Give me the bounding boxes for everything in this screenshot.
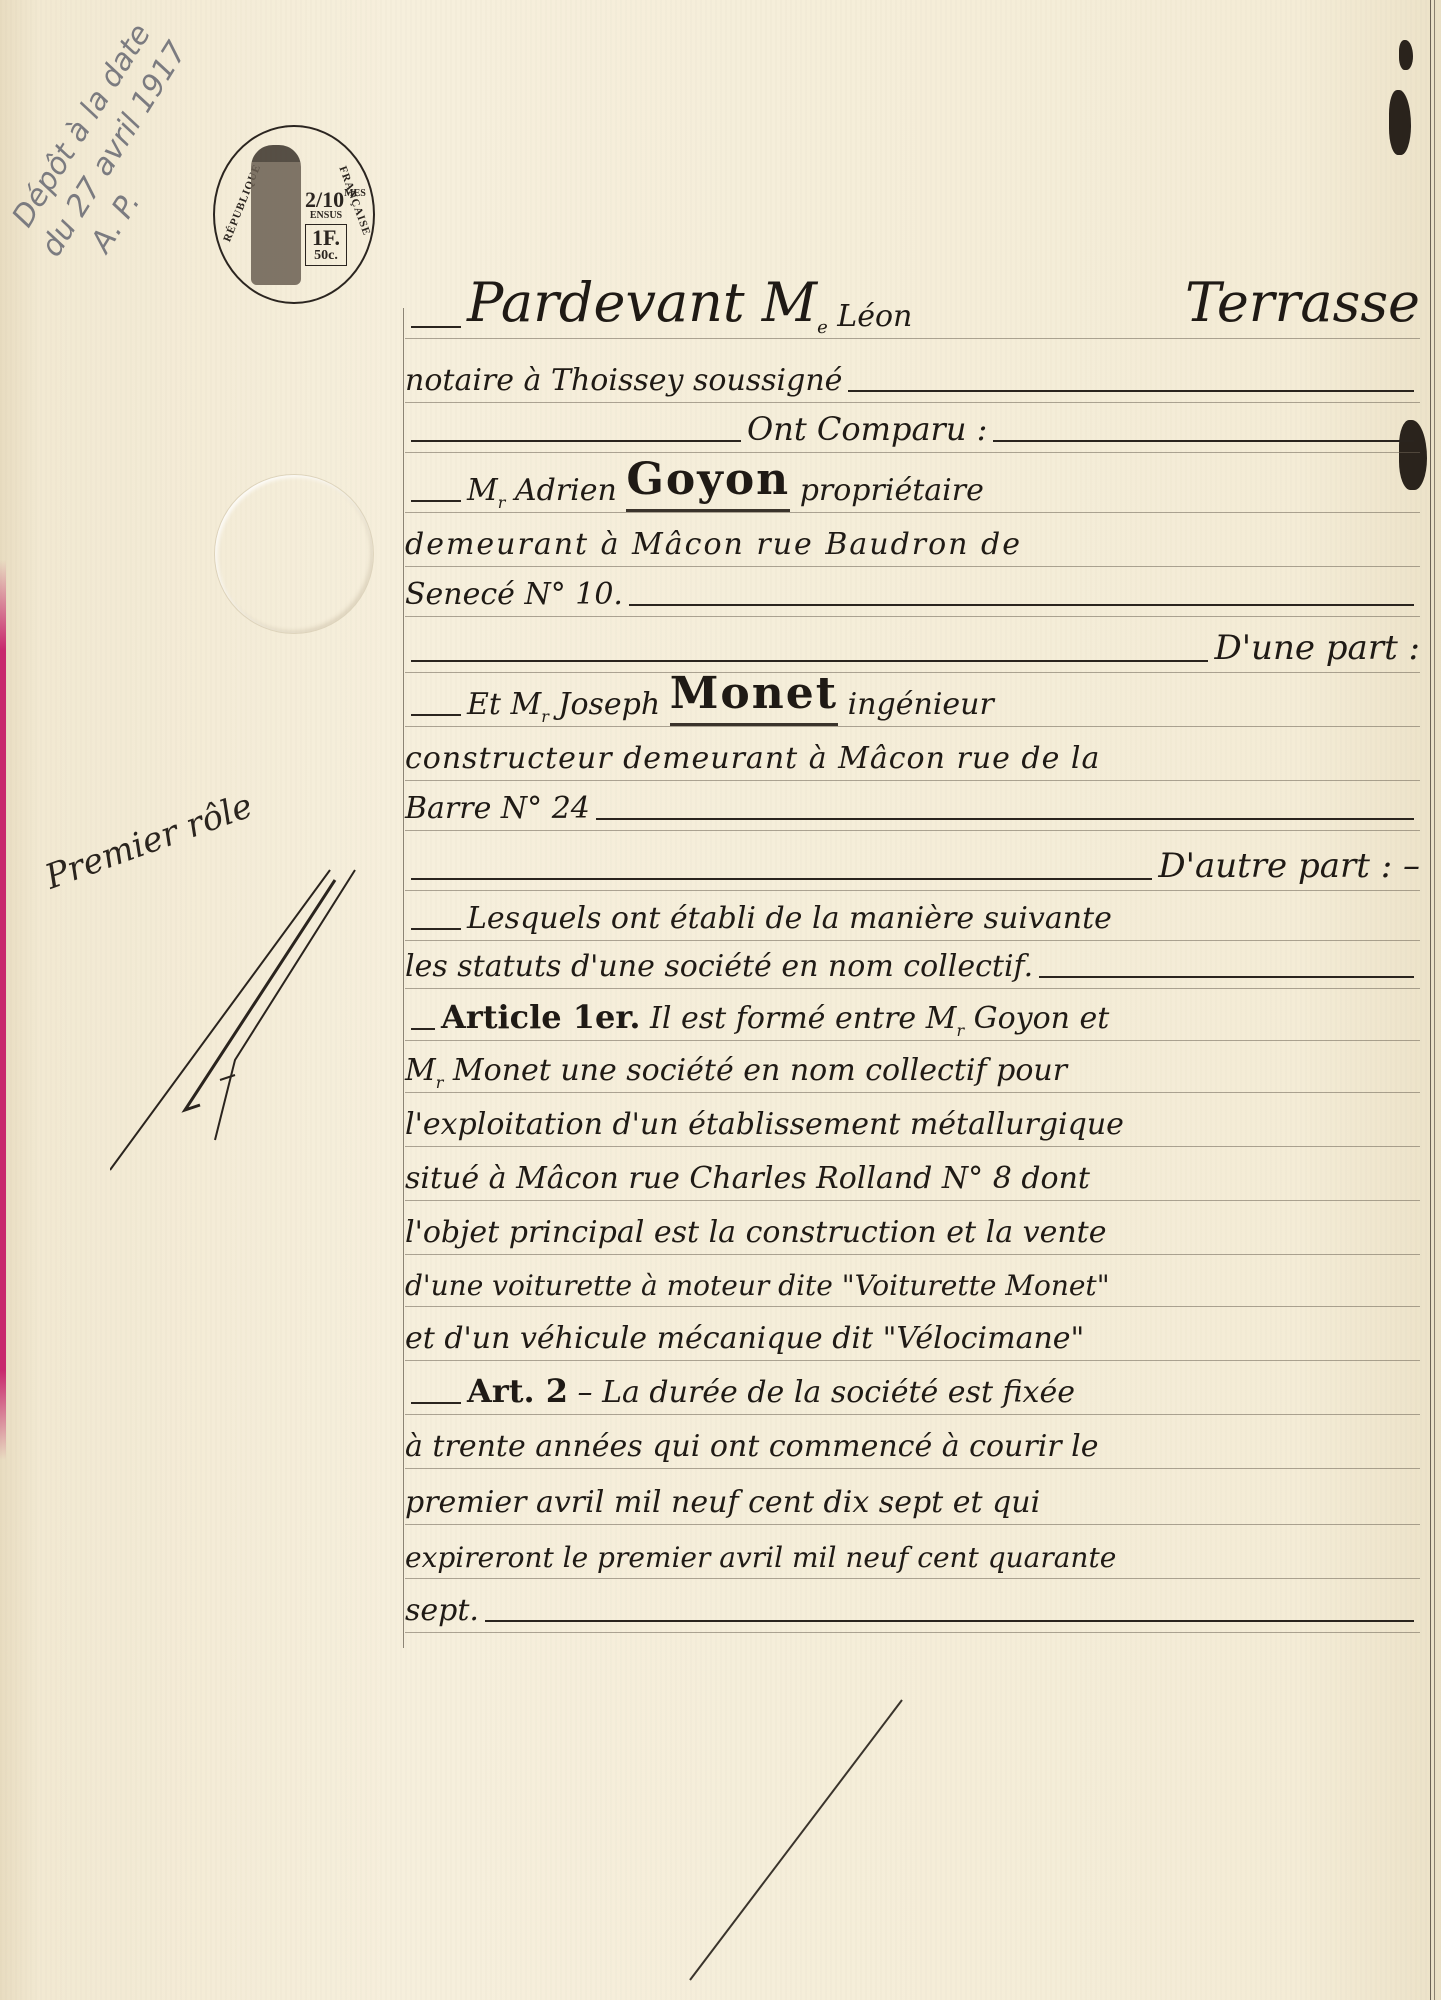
line-text: M [405, 1053, 436, 1092]
line-text: Adrien [505, 473, 626, 512]
deed-line-12: Lesquels ont établi de la manière suivan… [405, 890, 1420, 941]
line-text: Léon [828, 299, 922, 338]
fiscal-stamp: RÉPUBLIQUE FRANÇAISE 2/10MES ENSUS 1F. 5… [213, 125, 375, 304]
deed-line-10: Barre N° 24 [405, 780, 1420, 831]
filler-dash [848, 390, 1414, 392]
deed-line-9: constructeur demeurant à Mâcon rue de la [405, 730, 1420, 781]
deed-line-2: notaire à Thoissey soussigné [405, 352, 1420, 403]
filler-dash [411, 878, 1152, 880]
deed-line-22: à trente années qui ont commencé à couri… [405, 1418, 1420, 1469]
filler-dash [411, 714, 461, 716]
stamp-value-sup: MES [344, 188, 366, 199]
deed-line-13: les statuts d'une société en nom collect… [405, 938, 1420, 989]
line-text: D'une part : [1214, 628, 1420, 672]
ink-stain [1389, 90, 1411, 155]
line-text: premier avril mil neuf cent dix sept et … [405, 1485, 1040, 1524]
filler-dash [411, 500, 461, 502]
deed-line-25: sept. [405, 1582, 1420, 1633]
deed-line-3: Ont Comparu : [405, 402, 1420, 453]
deed-line-19: d'une voiturette à moteur dite "Voituret… [405, 1256, 1420, 1307]
deed-line-16: l'exploitation d'un établissement métall… [405, 1096, 1420, 1147]
line-text: situé à Mâcon rue Charles Rolland N° 8 d… [405, 1161, 1090, 1200]
page-edge [1430, 0, 1435, 2000]
line-text: Barre N° 24 [405, 791, 590, 830]
line-sup: r [956, 1021, 964, 1040]
deed-line-23: premier avril mil neuf cent dix sept et … [405, 1474, 1420, 1525]
line-text: Senecé N° 10. [405, 577, 623, 616]
filler-dash [411, 440, 741, 442]
line-text: ingénieur [838, 687, 994, 726]
deed-line-4: Mr Adrien Goyon propriétaire [405, 462, 1420, 513]
deed-line-5: demeurant à Mâcon rue Baudron de [405, 516, 1420, 567]
filler-dash [629, 604, 1414, 606]
line-text: notaire à Thoissey soussigné [405, 363, 842, 402]
filler-dash [993, 440, 1414, 442]
deed-line-18: l'objet principal est la construction et… [405, 1204, 1420, 1255]
line-text: Lesquels ont établi de la manière suivan… [467, 901, 1112, 940]
deed-line-20: et d'un véhicule mécanique dit "Vélocima… [405, 1310, 1420, 1361]
filler-dash [411, 1402, 461, 1404]
filler-dash [1039, 976, 1414, 978]
line-text: Et M [467, 687, 541, 726]
deed-line-11: D'autre part : – [405, 840, 1420, 891]
line-sup: r [498, 493, 506, 512]
line-text: Pardevant M [467, 271, 817, 338]
line-text: d'une voiturette à moteur dite "Voituret… [405, 1269, 1110, 1306]
party-name-goyon: Goyon [626, 454, 790, 512]
line-sup: e [817, 317, 828, 338]
stamp-value-franc: 1F. [306, 227, 346, 249]
article-heading: Article 1er. [441, 998, 640, 1040]
line-text: M [467, 473, 498, 512]
filler-dash [596, 818, 1414, 820]
line-text: propriétaire [790, 473, 984, 512]
deed-line-8: Et Mr Joseph Monet ingénieur [405, 676, 1420, 727]
filler-dash [411, 660, 1208, 662]
ink-stain [1399, 40, 1413, 70]
line-text: les statuts d'une société en nom collect… [405, 949, 1033, 988]
notary-name: Terrasse [1185, 271, 1420, 338]
deed-line-1: Pardevant Me Léon Terrasse [405, 288, 1420, 339]
line-text: à trente années qui ont commencé à couri… [405, 1429, 1099, 1468]
deed-line-24: expireront le premier avril mil neuf cen… [405, 1528, 1420, 1579]
deed-line-7: D'une part : [405, 622, 1420, 673]
line-text: sept. [405, 1593, 479, 1632]
line-text: constructeur demeurant à Mâcon rue de la [405, 741, 1100, 780]
line-text: demeurant à Mâcon rue Baudron de [405, 527, 1022, 566]
deed-line-14: Article 1er. Il est formé entre Mr Goyon… [405, 990, 1420, 1041]
deed-line-21: Art. 2 – La durée de la société est fixé… [405, 1364, 1420, 1415]
line-text: expireront le premier avril mil neuf cen… [405, 1541, 1116, 1578]
filler-dash [485, 1620, 1414, 1622]
marianne-figure-icon [251, 145, 301, 285]
line-text: Il est formé entre M [640, 1001, 956, 1040]
line-text: D'autre part : – [1158, 846, 1420, 890]
article-heading: Art. 2 [467, 1372, 568, 1414]
stamp-value-cents: 50c. [306, 249, 346, 263]
filler-dash [411, 326, 461, 328]
line-text: Goyon et [964, 1001, 1109, 1040]
line-text: – La durée de la société est fixée [568, 1375, 1075, 1414]
line-text: l'objet principal est la construction et… [405, 1215, 1106, 1254]
deed-line-15: Mr Monet une société en nom collectif po… [405, 1042, 1420, 1093]
stamp-value-box: 2/10MES ENSUS 1F. 50c. [305, 189, 347, 266]
paraph-signature-icon [110, 860, 360, 1180]
line-sup: r [541, 707, 549, 726]
line-text: Monet une société en nom collectif pour [443, 1053, 1067, 1092]
party-name-monet: Monet [670, 668, 838, 726]
stamp-value-top: 2/10 [305, 187, 344, 212]
margin-rule [403, 308, 404, 1648]
stamp-value-label: ENSUS [305, 211, 347, 221]
binding-ribbon [0, 560, 6, 1460]
deed-line-6: Senecé N° 10. [405, 566, 1420, 617]
line-text: l'exploitation d'un établissement métall… [405, 1107, 1124, 1146]
line-text: Joseph [549, 687, 670, 726]
deed-line-17: situé à Mâcon rue Charles Rolland N° 8 d… [405, 1150, 1420, 1201]
line-sup: r [436, 1073, 444, 1092]
line-text: Ont Comparu : [747, 410, 987, 452]
filler-dash [411, 1028, 435, 1030]
filler-dash [411, 928, 461, 930]
closing-slash-icon [660, 1680, 940, 1990]
embossed-seal [215, 475, 373, 633]
line-text: et d'un véhicule mécanique dit "Vélocima… [405, 1321, 1084, 1360]
